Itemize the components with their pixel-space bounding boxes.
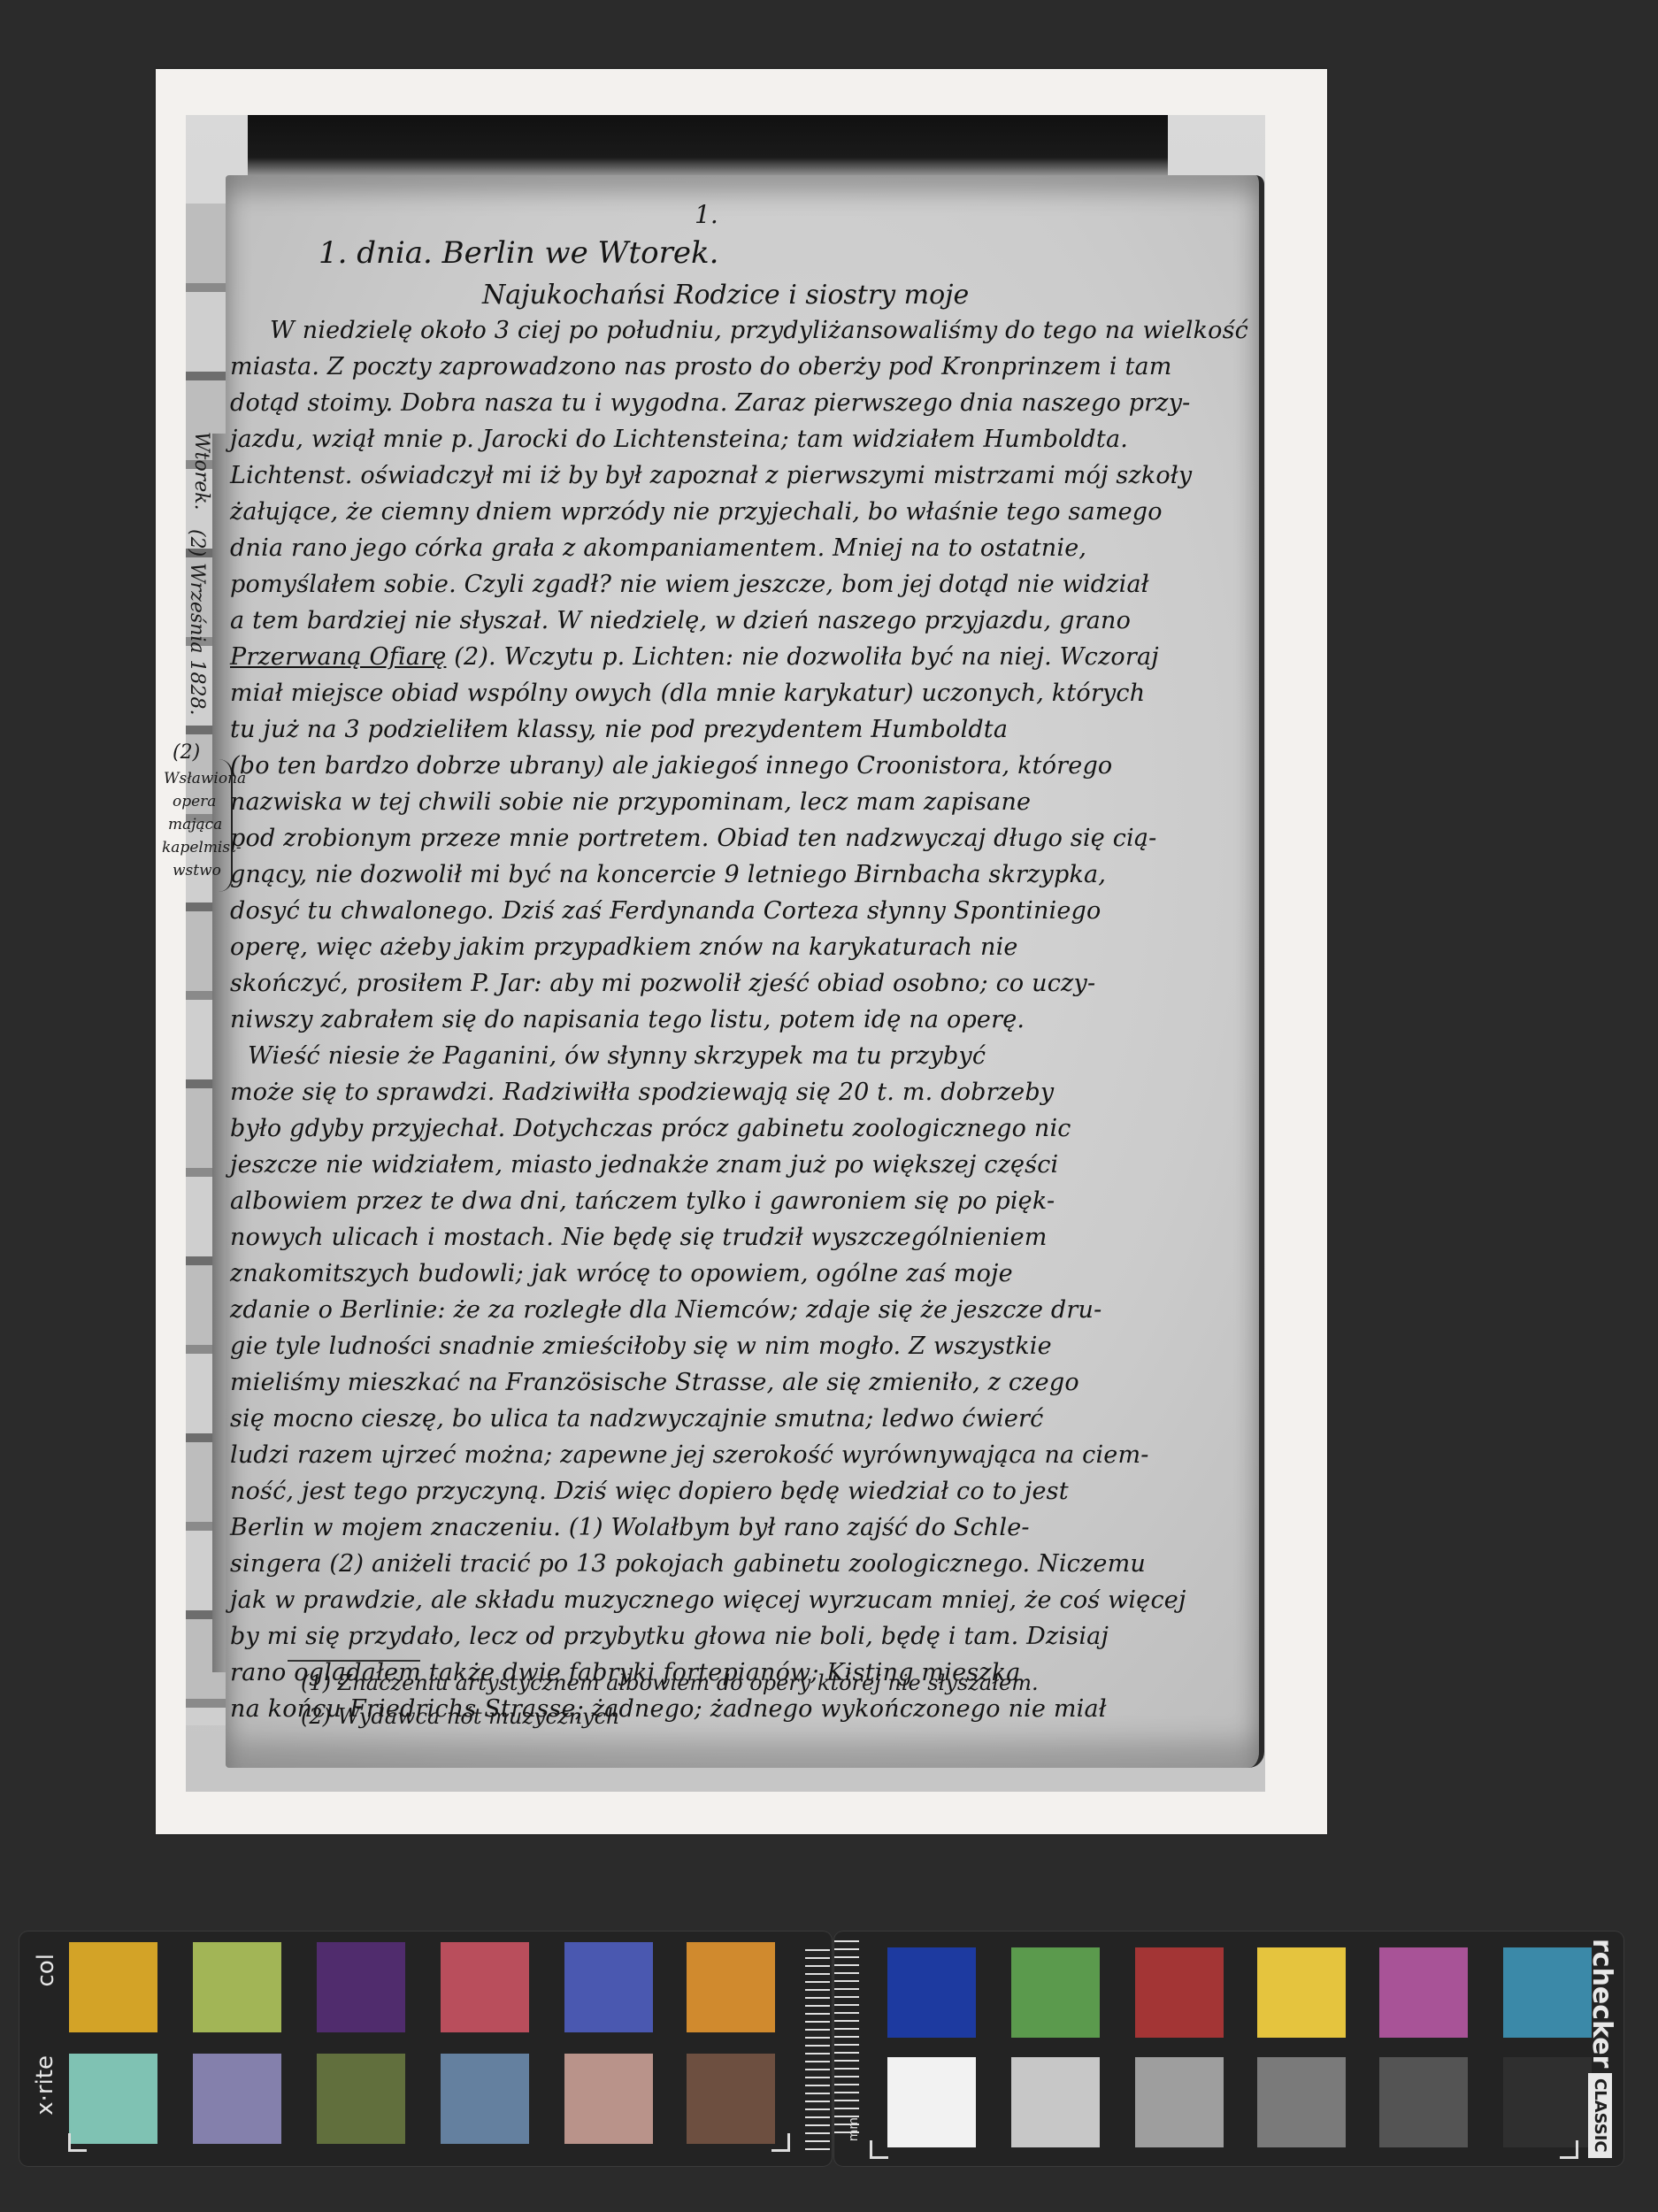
color-patch — [1257, 2057, 1346, 2147]
page-number: 1. — [695, 200, 718, 229]
manuscript-page: 1. 1. dnia. Berlin we Wtorek. Najukochań… — [226, 175, 1264, 1768]
letter-line: pod zrobionym przeze mnie portretem. Obi… — [230, 825, 1157, 852]
letter-line: dotąd stoimy. Dobra nasza tu i wygodna. … — [230, 389, 1191, 417]
mm-ruler-left — [805, 1949, 830, 2153]
classic-badge: CLASSIC — [1588, 2073, 1612, 2158]
letter-line: ność, jest tego przyczyną. Dziś więc dop… — [230, 1478, 1069, 1505]
color-patch — [69, 2054, 157, 2144]
color-checker-left: col x·rite — [19, 1932, 832, 2166]
margin-note-line: wstwo — [173, 862, 221, 879]
margin-note-ref: (2) — [173, 741, 200, 764]
color-patch — [317, 2054, 405, 2144]
color-patch — [441, 2054, 529, 2144]
letter-line: by mi się przydało, lecz od przybytku gł… — [230, 1623, 1109, 1650]
color-patch — [1135, 2057, 1224, 2147]
xrite-logo-label: x·rite — [32, 2055, 58, 2116]
ruler-unit-label: mm — [847, 2117, 861, 2141]
letter-line: operę, więc ażeby jakim przypadkiem znów… — [230, 933, 1018, 961]
margin-note-line: opera — [173, 793, 216, 810]
letter-line: gie tyle ludności snadnie zmieściłoby si… — [230, 1333, 1052, 1360]
mm-ruler-right — [834, 1940, 859, 2139]
corner-mark — [1560, 2140, 1578, 2159]
letter-line: (bo ten bardzo dobrze ubrany) ale jakieg… — [230, 752, 1112, 780]
letter-salutation: Najukochańsi Rodzice i siostry moje — [482, 280, 969, 311]
letter-line: Przerwaną Ofiarę (2). Wczytu p. Lichten:… — [230, 643, 1159, 671]
color-patch — [1135, 1947, 1224, 2038]
letter-line: niwszy zabrałem się do napisania tego li… — [230, 1006, 1025, 1033]
letter-line: się mocno cieszę, bo ulica ta nadzwyczaj… — [230, 1405, 1043, 1432]
colorchecker-brand-label: rchecker — [1586, 1939, 1617, 2068]
color-patch — [1011, 2057, 1100, 2147]
footnote-rule — [288, 1660, 420, 1662]
letter-line: tu już na 3 podzieliłem klassy, nie pod … — [230, 716, 1008, 743]
letter-line: może się to sprawdzi. Radziwiłła spodzie… — [230, 1079, 1054, 1106]
color-patch — [1379, 2057, 1468, 2147]
letter-line: było gdyby przyjechał. Dotychczas prócz … — [230, 1115, 1071, 1142]
letter-line: W niedzielę około 3 ciej po południu, pr… — [270, 317, 1248, 344]
color-patch — [193, 2054, 281, 2144]
letter-line: mieliśmy mieszkać na Französische Strass… — [230, 1369, 1079, 1396]
corner-mark — [68, 2133, 87, 2152]
color-patch — [1257, 1947, 1346, 2038]
margin-note-weekday: Wtorek. — [190, 432, 212, 511]
letter-line: miasta. Z poczty zaprowadzono nas prosto… — [230, 353, 1172, 380]
letter-line: żałujące, że ciemny dniem wprzódy nie pr… — [230, 498, 1163, 526]
letter-line: znakomitszych budowli; jak wrócę to opow… — [230, 1260, 1013, 1287]
color-patch — [317, 1942, 405, 2032]
letter-line: dnia rano jego córka grała z akompaniame… — [230, 534, 1086, 562]
letter-line: nazwiska w tej chwili sobie nie przypomi… — [230, 788, 1031, 816]
color-checker-right: mm rchecker CLASSIC — [834, 1932, 1623, 2166]
color-patch — [887, 1947, 976, 2038]
color-patch — [69, 1942, 157, 2032]
letter-line: pomyślałem sobie. Czyli zgadł? nie wiem … — [230, 571, 1149, 598]
footnote-1: (1) Znaczeniu artystycznem albowiem do o… — [301, 1671, 1039, 1695]
color-patch — [887, 2057, 976, 2147]
letter-line: jeszcze nie widziałem, miasto jednakże z… — [230, 1151, 1058, 1179]
corner-mark — [771, 2133, 790, 2152]
color-patch — [1011, 1947, 1100, 2038]
letter-line: jazdu, wziął mnie p. Jarocki do Lichtens… — [230, 426, 1128, 453]
color-patch — [441, 1942, 529, 2032]
letter-line: skończyć, prosiłem P. Jar: aby mi pozwol… — [230, 970, 1095, 997]
color-patch — [1503, 1947, 1592, 2038]
letter-line: dosyć tu chwalonego. Dziś zaś Ferdynanda… — [230, 897, 1101, 925]
letter-line: Berlin w mojem znaczeniu. (1) Wolałbym b… — [230, 1514, 1030, 1541]
underlined-title: Przerwaną Ofiarę — [230, 643, 446, 671]
letter-line: singera (2) aniżeli tracić po 13 pokojac… — [230, 1550, 1146, 1578]
brand-partial-label: col — [33, 1954, 59, 1986]
letter-line: Wieść niesie że Paganini, ów słynny skrz… — [248, 1042, 986, 1070]
letter-line: zdanie o Berlinie: że za rozległe dla Ni… — [230, 1296, 1101, 1324]
letter-line: miał miejsce obiad wspólny owych (dla mn… — [230, 680, 1145, 707]
color-patch — [687, 2054, 775, 2144]
letter-heading: 1. dnia. Berlin we Wtorek. — [319, 235, 718, 271]
color-patch — [1503, 2057, 1592, 2147]
color-patch — [687, 1942, 775, 2032]
color-patch — [564, 2054, 653, 2144]
letter-line: albowiem przez te dwa dni, tańczem tylko… — [230, 1187, 1055, 1215]
letter-line: ludzi razem ujrzeć można; zapewne jej sz… — [230, 1441, 1149, 1469]
letter-line: a tem bardziej nie słyszał. W niedzielę,… — [230, 607, 1131, 634]
color-patch — [564, 1942, 653, 2032]
margin-note-line: mająca — [168, 816, 222, 833]
letter-line: Lichtenst. oświadczył mi iż by był zapoz… — [230, 462, 1192, 489]
corner-mark — [870, 2140, 888, 2159]
letter-line: gnący, nie dozwolił mi być na koncercie … — [230, 861, 1106, 888]
color-patch — [193, 1942, 281, 2032]
color-patch — [1379, 1947, 1468, 2038]
letter-line: jak w prawdzie, ale składu muzycznego wi… — [230, 1586, 1186, 1614]
margin-note-date: (2) Września 1828. — [186, 529, 208, 716]
footnote-2: (2) Wydawca nót muzycznych — [301, 1704, 620, 1729]
letter-line: nowych ulicach i mostach. Nie będę się t… — [230, 1224, 1048, 1251]
